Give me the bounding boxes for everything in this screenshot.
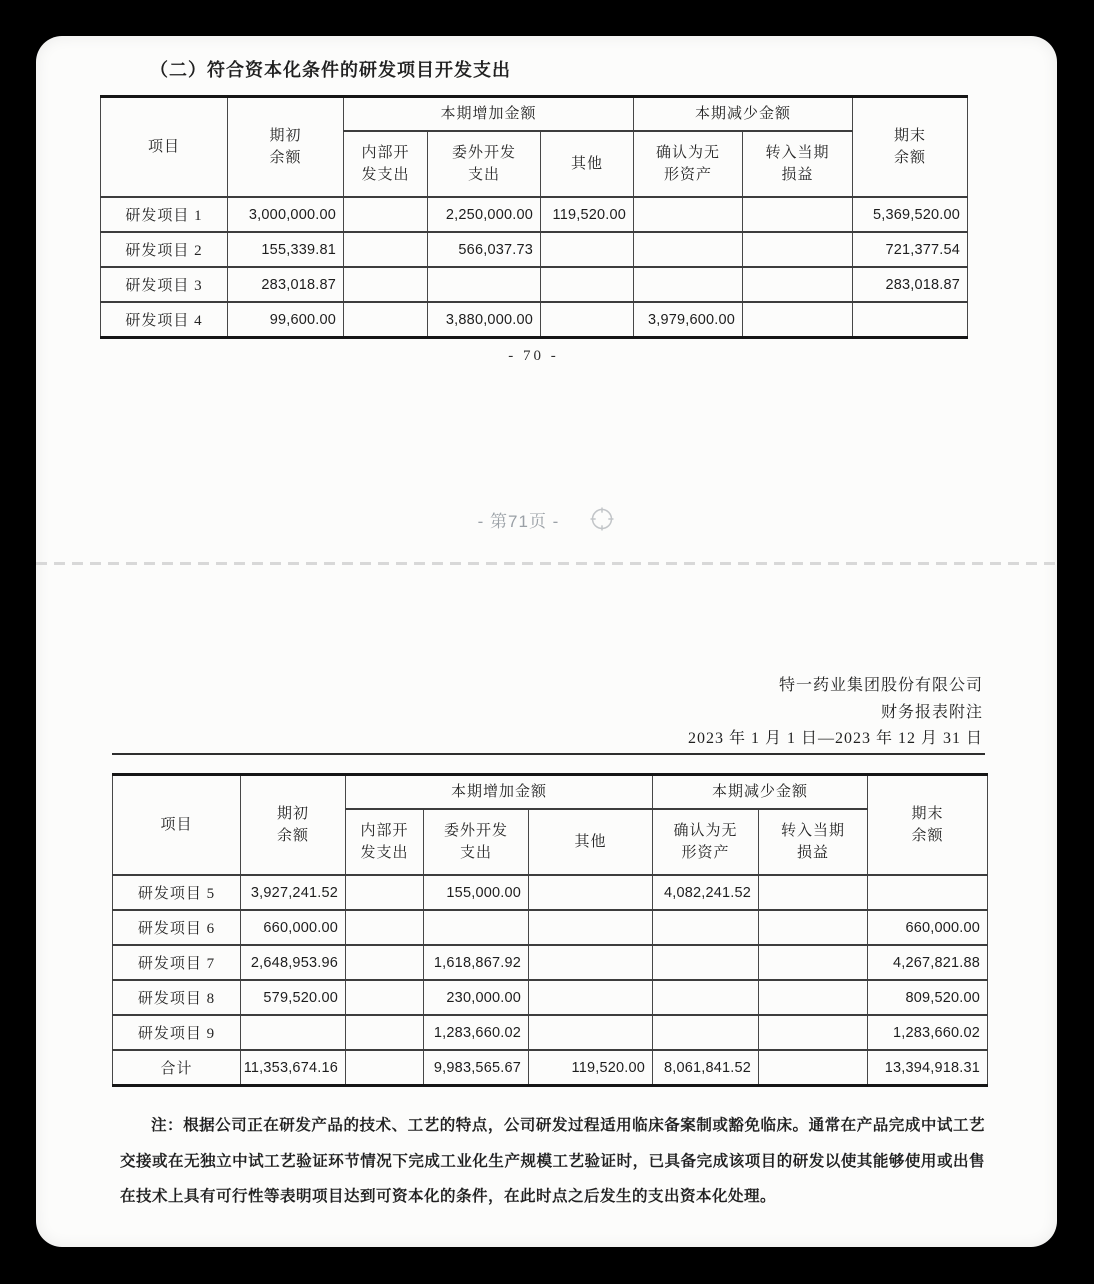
table-cell: 1,283,660.02 xyxy=(868,1015,988,1050)
report-period: 2023 年 1 月 1 日—2023 年 12 月 31 日 xyxy=(688,726,983,753)
table-cell: 721,377.54 xyxy=(853,232,968,267)
rd-capitalized-table-page70: 项目 期初 余额 本期增加金额 本期减少金额 期末 余额 内部开 发支出 委外开… xyxy=(100,95,968,339)
table-cell xyxy=(634,197,743,232)
rd-capitalized-table-page71: 项目 期初 余额 本期增加金额 本期减少金额 期末 余额 内部开 发支出 委外开… xyxy=(112,773,988,1087)
table-cell xyxy=(759,910,868,945)
row-label: 研发项目 2 xyxy=(101,232,228,267)
page-number-70: - 70 - xyxy=(100,348,967,365)
col-header-outsourced-dev: 委外开发 支出 xyxy=(428,131,541,197)
company-name: 特一药业集团股份有限公司 xyxy=(688,673,983,700)
row-label: 研发项目 3 xyxy=(101,267,228,302)
table-cell: 155,339.81 xyxy=(228,232,344,267)
col-header-item: 项目 xyxy=(113,775,241,876)
page-marker-label: - 第71页 - xyxy=(478,507,560,532)
col-header-internal-dev: 内部开 发支出 xyxy=(346,809,424,875)
section-title: （二）符合资本化条件的研发项目开发支出 xyxy=(150,56,511,82)
table-cell xyxy=(853,302,968,338)
table-header-group-row: 项目 期初 余额 本期增加金额 本期减少金额 期末 余额 xyxy=(101,97,968,132)
table-cell: 11,353,674.16 xyxy=(241,1050,346,1086)
table-cell xyxy=(759,945,868,980)
table-cell xyxy=(634,267,743,302)
col-header-other: 其他 xyxy=(529,809,653,875)
table-cell: 5,369,520.00 xyxy=(853,197,968,232)
col-header-increase-group: 本期增加金额 xyxy=(346,775,653,810)
row-label: 研发项目 7 xyxy=(113,945,241,980)
table-cell xyxy=(759,980,868,1015)
table-cell xyxy=(743,232,853,267)
table-cell xyxy=(428,267,541,302)
table-header-group-row: 项目 期初 余额 本期增加金额 本期减少金额 期末 余额 xyxy=(113,775,988,810)
table-cell xyxy=(759,1050,868,1086)
table-cell: 3,927,241.52 xyxy=(241,875,346,910)
table-row: 研发项目 2 155,339.81 566,037.73 721,377.54 xyxy=(101,232,968,267)
table-cell xyxy=(346,945,424,980)
table-cell: 3,880,000.00 xyxy=(428,302,541,338)
table-cell xyxy=(346,1015,424,1050)
col-header-increase-group: 本期增加金额 xyxy=(344,97,634,132)
table-cell xyxy=(743,197,853,232)
table-row: 研发项目 3 283,018.87 283,018.87 xyxy=(101,267,968,302)
table-row: 研发项目 9 1,283,660.02 1,283,660.02 xyxy=(113,1015,988,1050)
table-cell xyxy=(529,945,653,980)
table-cell: 660,000.00 xyxy=(241,910,346,945)
table-cell xyxy=(541,267,634,302)
col-header-other: 其他 xyxy=(541,131,634,197)
row-label: 研发项目 5 xyxy=(113,875,241,910)
table-cell: 566,037.73 xyxy=(428,232,541,267)
table-row-total: 合计 11,353,674.16 9,983,565.67 119,520.00… xyxy=(113,1050,988,1086)
table-cell: 809,520.00 xyxy=(868,980,988,1015)
table-cell: 119,520.00 xyxy=(529,1050,653,1086)
page-marker: - 第71页 - xyxy=(36,506,1057,532)
col-header-item: 项目 xyxy=(101,97,228,198)
table-cell: 579,520.00 xyxy=(241,980,346,1015)
table-cell xyxy=(653,910,759,945)
table-cell: 1,618,867.92 xyxy=(424,945,529,980)
table-row: 研发项目 5 3,927,241.52 155,000.00 4,082,241… xyxy=(113,875,988,910)
col-header-beginning-balance: 期初 余额 xyxy=(228,97,344,198)
col-header-ending-balance: 期末 余额 xyxy=(868,775,988,876)
table-cell: 1,283,660.02 xyxy=(424,1015,529,1050)
table-cell: 230,000.00 xyxy=(424,980,529,1015)
table-cell: 660,000.00 xyxy=(868,910,988,945)
table-row: 研发项目 8 579,520.00 230,000.00 809,520.00 xyxy=(113,980,988,1015)
table-cell xyxy=(424,910,529,945)
table-cell xyxy=(529,980,653,1015)
table-cell xyxy=(529,1015,653,1050)
table-cell: 8,061,841.52 xyxy=(653,1050,759,1086)
row-label: 研发项目 8 xyxy=(113,980,241,1015)
table-cell: 4,082,241.52 xyxy=(653,875,759,910)
document-page: （二）符合资本化条件的研发项目开发支出 项目 期初 余额 本期增加金额 本期减少… xyxy=(36,36,1057,1247)
row-label: 研发项目 9 xyxy=(113,1015,241,1050)
table-cell xyxy=(541,232,634,267)
capitalization-note: 注：根据公司正在研发产品的技术、工艺的特点，公司研发过程适用临床备案制或豁免临床… xyxy=(120,1108,985,1215)
table-cell: 4,267,821.88 xyxy=(868,945,988,980)
col-header-ending-balance: 期末 余额 xyxy=(853,97,968,198)
col-header-outsourced-dev: 委外开发 支出 xyxy=(424,809,529,875)
loading-spinner-icon xyxy=(589,506,615,532)
row-label: 研发项目 4 xyxy=(101,302,228,338)
col-header-recognized-intangible: 确认为无 形资产 xyxy=(653,809,759,875)
table-cell xyxy=(529,875,653,910)
table-cell xyxy=(868,875,988,910)
table-cell: 3,979,600.00 xyxy=(634,302,743,338)
page-break-dashed-divider xyxy=(36,562,1057,565)
table-row: 研发项目 7 2,648,953.96 1,618,867.92 4,267,8… xyxy=(113,945,988,980)
header-underline xyxy=(112,753,985,755)
table-cell xyxy=(653,1015,759,1050)
row-label-total: 合计 xyxy=(113,1050,241,1086)
table-cell xyxy=(634,232,743,267)
table-cell: 283,018.87 xyxy=(228,267,344,302)
table-cell: 99,600.00 xyxy=(228,302,344,338)
row-label: 研发项目 1 xyxy=(101,197,228,232)
row-label: 研发项目 6 xyxy=(113,910,241,945)
table-cell xyxy=(541,302,634,338)
table-cell xyxy=(344,197,428,232)
table-cell xyxy=(759,1015,868,1050)
report-title: 财务报表附注 xyxy=(688,700,983,727)
col-header-transfer-pl: 转入当期 损益 xyxy=(759,809,868,875)
table-cell xyxy=(344,232,428,267)
table-row: 研发项目 1 3,000,000.00 2,250,000.00 119,520… xyxy=(101,197,968,232)
table-cell: 155,000.00 xyxy=(424,875,529,910)
table-cell: 283,018.87 xyxy=(853,267,968,302)
table-cell xyxy=(653,945,759,980)
table-cell: 13,394,918.31 xyxy=(868,1050,988,1086)
page-header-block: 特一药业集团股份有限公司 财务报表附注 2023 年 1 月 1 日—2023 … xyxy=(688,673,983,753)
table-row: 研发项目 6 660,000.00 660,000.00 xyxy=(113,910,988,945)
table-cell xyxy=(344,302,428,338)
table-cell xyxy=(759,875,868,910)
table-cell xyxy=(346,1050,424,1086)
col-header-transfer-pl: 转入当期 损益 xyxy=(743,131,853,197)
col-header-beginning-balance: 期初 余额 xyxy=(241,775,346,876)
table-cell xyxy=(346,980,424,1015)
col-header-decrease-group: 本期减少金额 xyxy=(653,775,868,810)
col-header-decrease-group: 本期减少金额 xyxy=(634,97,853,132)
table-cell: 3,000,000.00 xyxy=(228,197,344,232)
table-cell xyxy=(346,910,424,945)
col-header-internal-dev: 内部开 发支出 xyxy=(344,131,428,197)
table-cell xyxy=(344,267,428,302)
table-cell: 2,648,953.96 xyxy=(241,945,346,980)
table-cell xyxy=(241,1015,346,1050)
col-header-recognized-intangible: 确认为无 形资产 xyxy=(634,131,743,197)
table-cell: 119,520.00 xyxy=(541,197,634,232)
table-cell: 9,983,565.67 xyxy=(424,1050,529,1086)
table-row: 研发项目 4 99,600.00 3,880,000.00 3,979,600.… xyxy=(101,302,968,338)
table-cell xyxy=(346,875,424,910)
table-cell: 2,250,000.00 xyxy=(428,197,541,232)
table-cell xyxy=(653,980,759,1015)
table-cell xyxy=(743,267,853,302)
table-cell xyxy=(743,302,853,338)
table-cell xyxy=(529,910,653,945)
